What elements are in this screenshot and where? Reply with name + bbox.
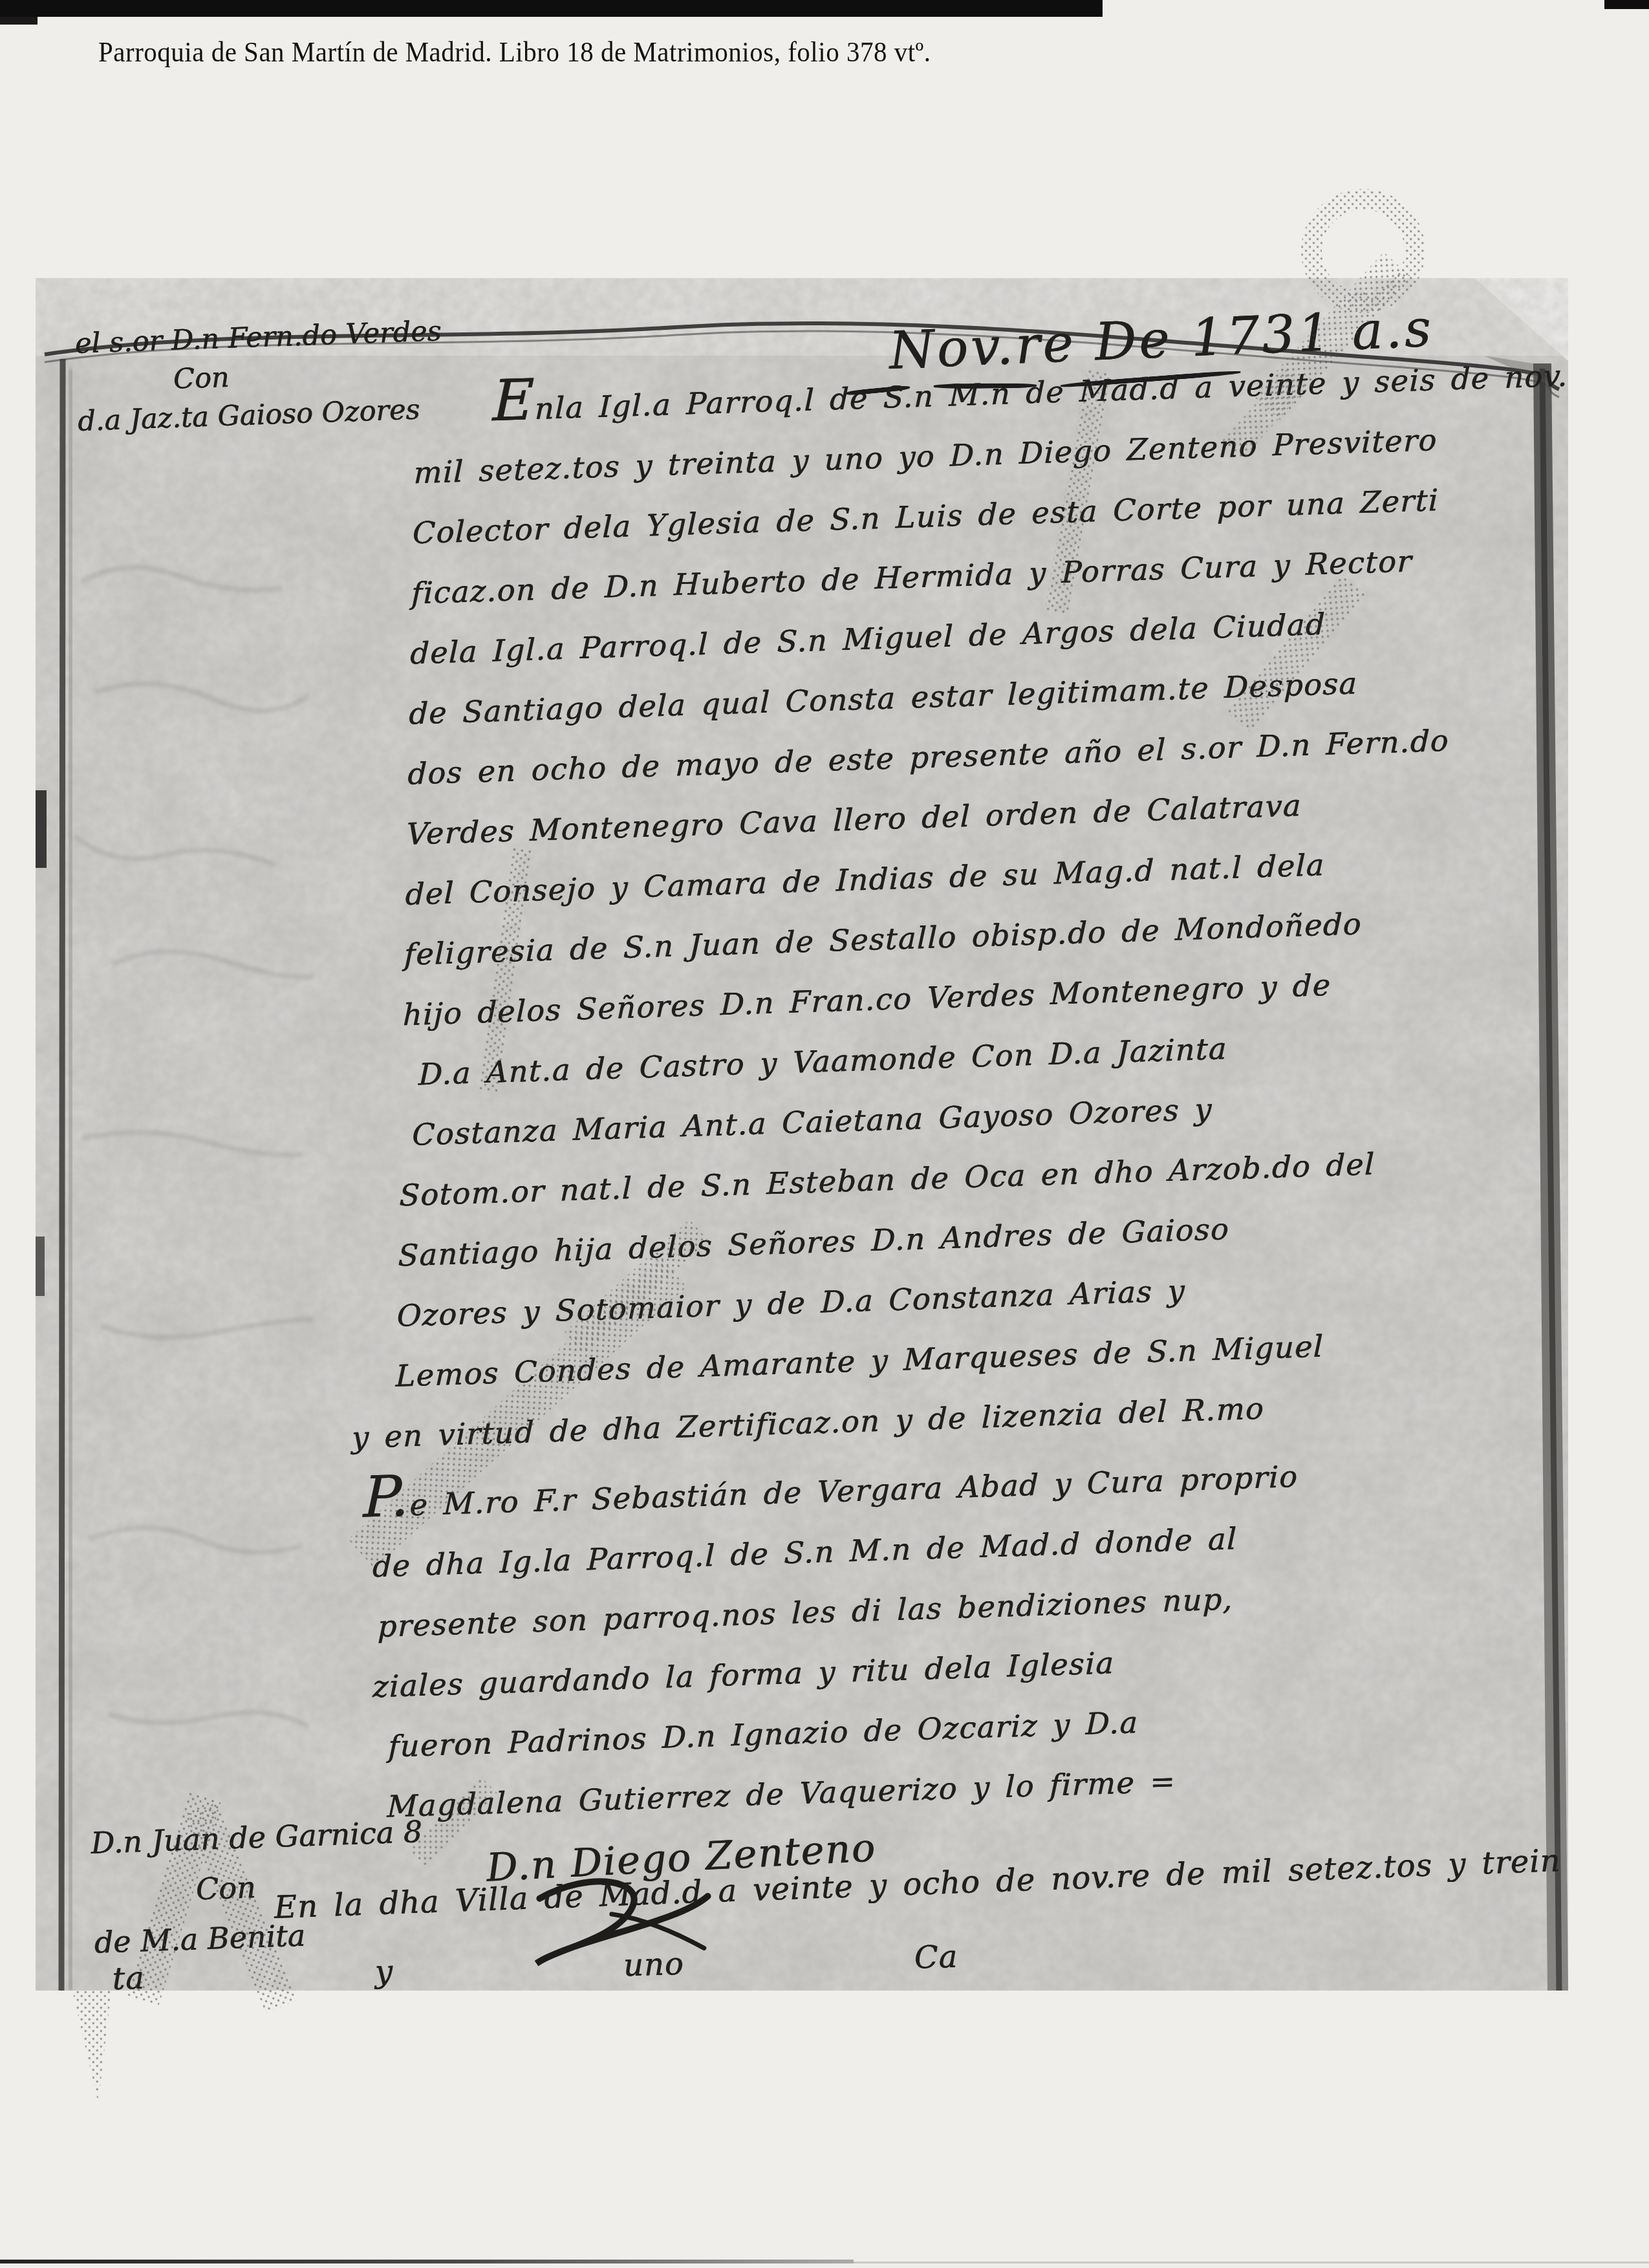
scan-edge-line-bottom [0,2260,854,2263]
scan-edge-bar-top-right [1604,0,1649,9]
scan-edge-line-bottom-light [854,2262,1649,2263]
watermark-fragment [72,1991,111,2103]
scan-edge-notch [0,17,38,25]
scan-edge-bar-top [0,0,1103,17]
archive-caption: Parroquia de San Martín de Madrid. Libro… [98,36,931,69]
record-body: Enla Igl.a Parroq.l de S.n M.n de Mad.d … [387,336,1568,1837]
document-scan: el s.or D.n Fern.do Verdes Con d.a Jaz.t… [36,278,1568,1991]
photocopy-page: Parroquia de San Martín de Madrid. Libro… [0,0,1649,2268]
margin-note-couple: el s.or D.n Fern.do Verdes Con d.a Jaz.t… [74,311,427,442]
